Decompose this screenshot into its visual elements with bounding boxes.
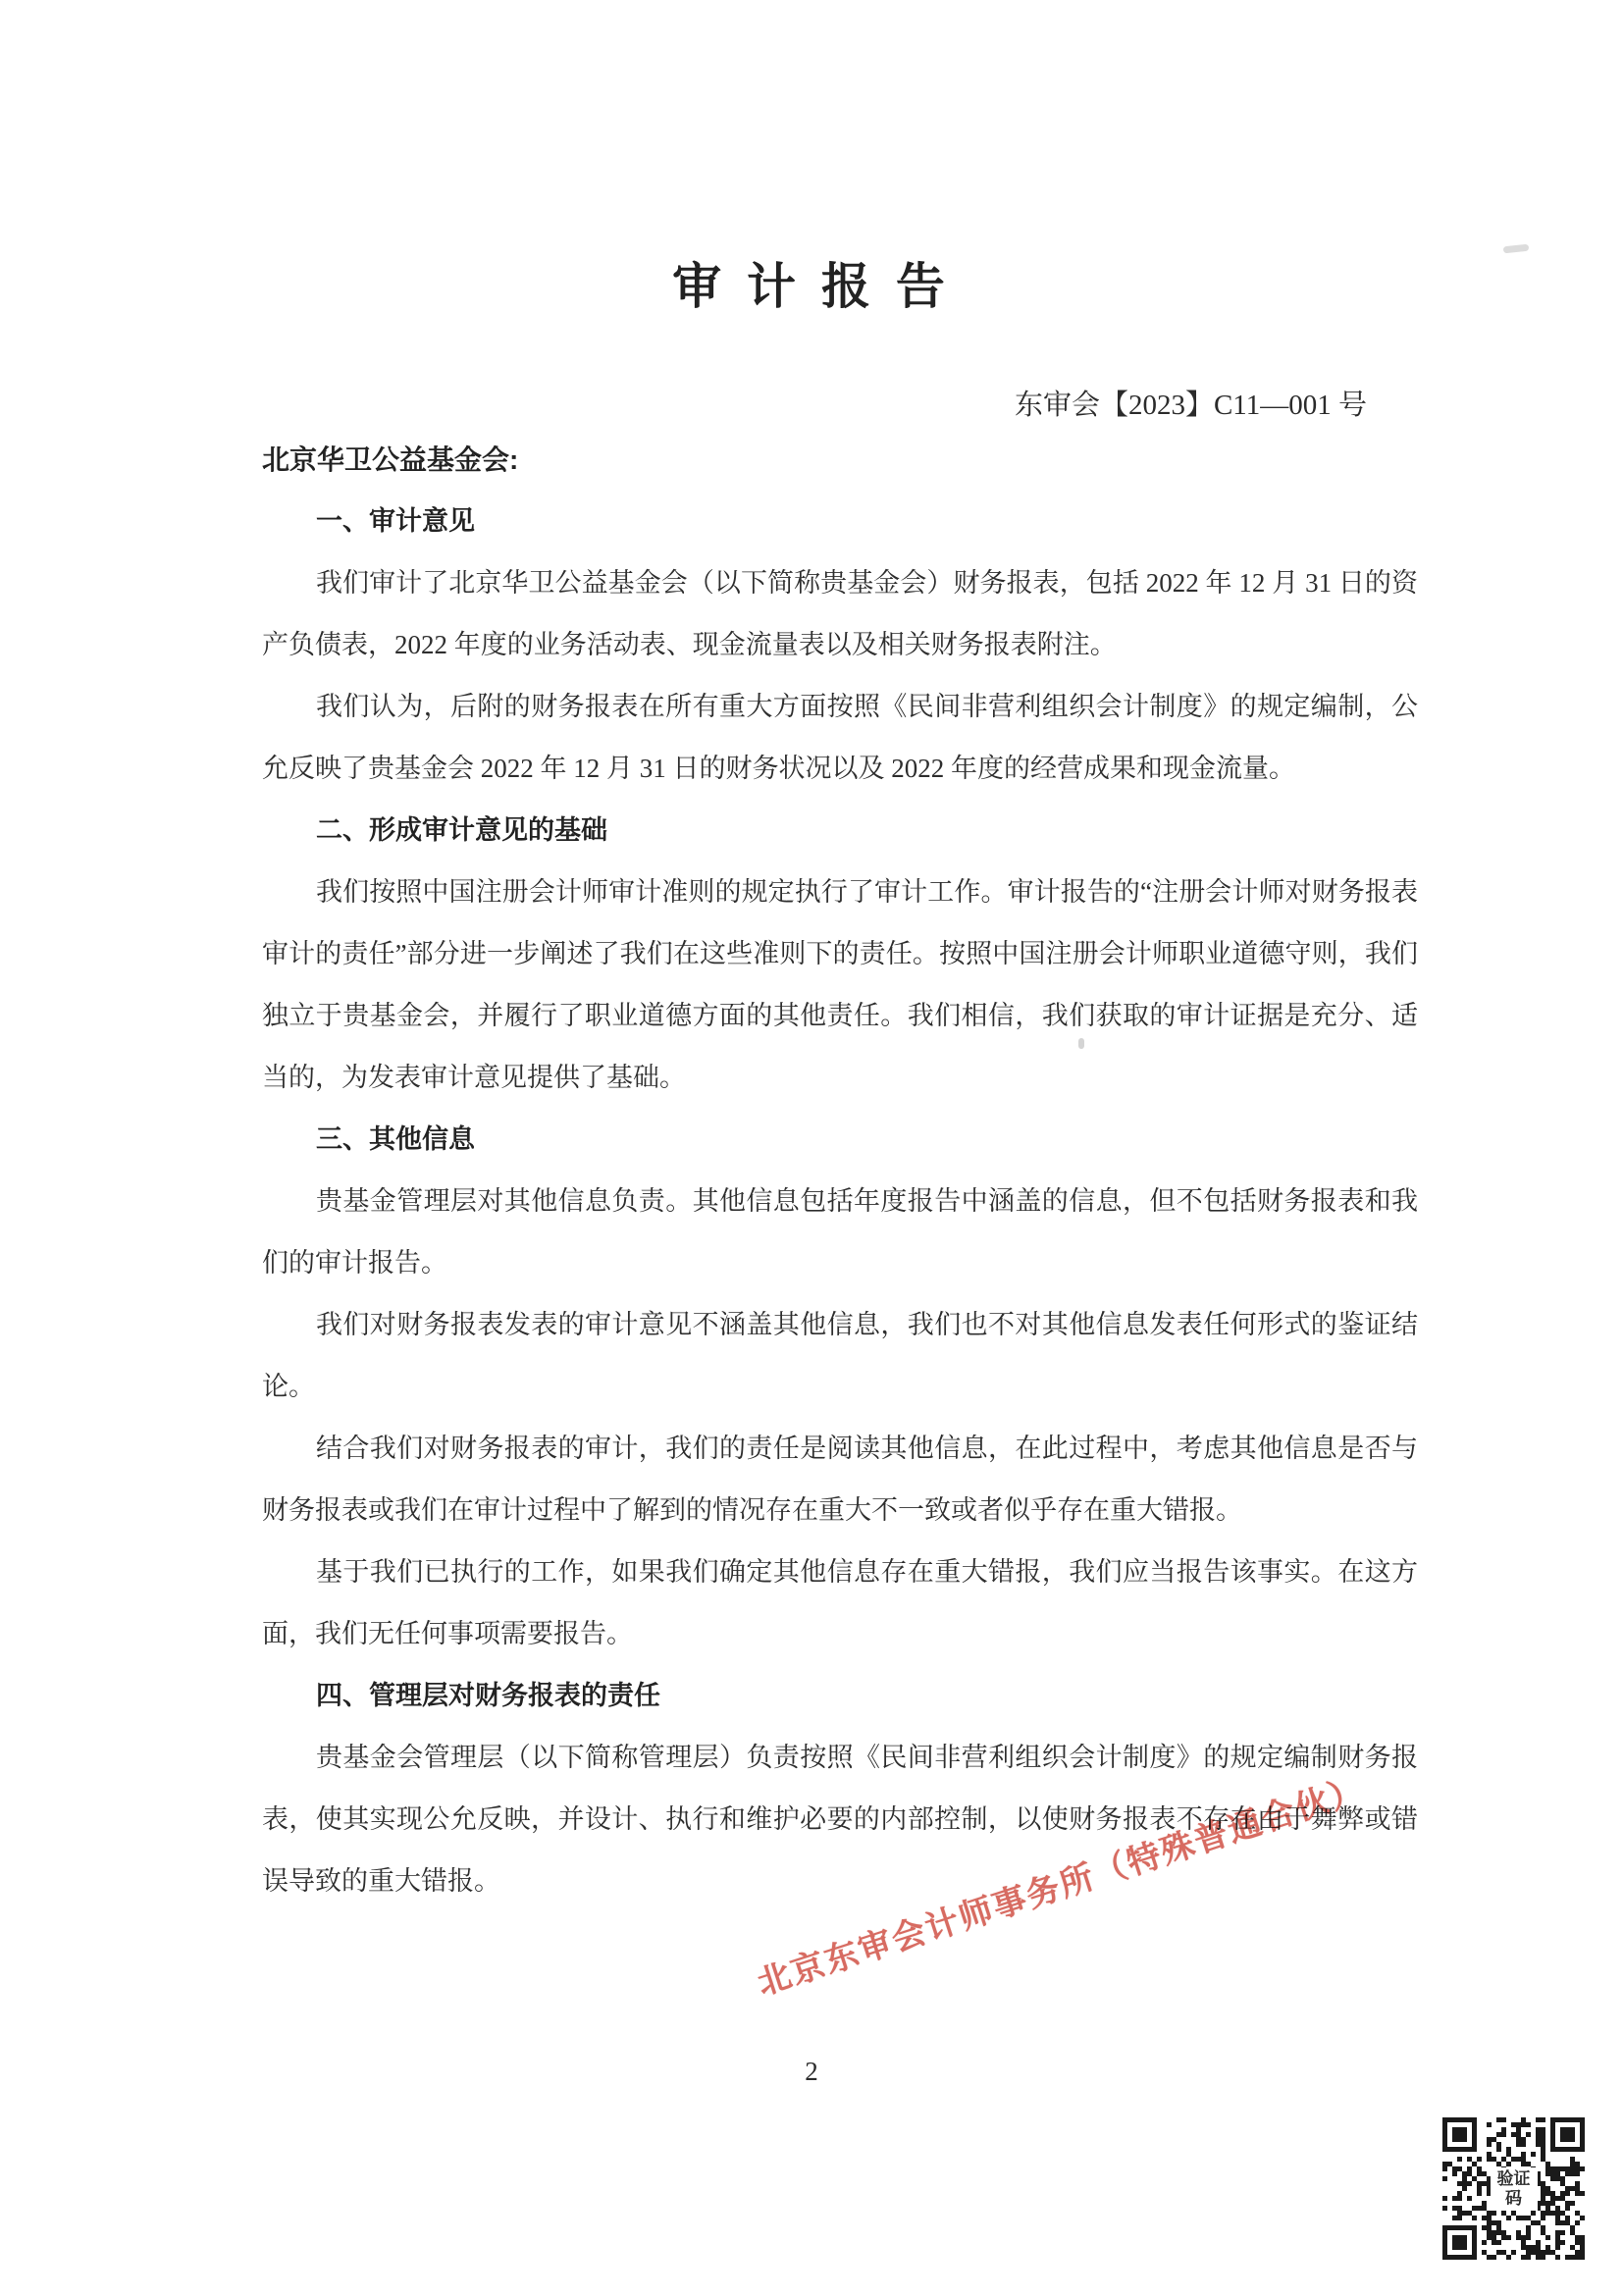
body-paragraph: 结合我们对财务报表的审计，我们的责任是阅读其他信息，在此过程中，考虑其他信息是否… xyxy=(262,1418,1418,1541)
section-heading-3: 三、其他信息 xyxy=(262,1109,1418,1171)
body-paragraph: 贵基金管理层对其他信息负责。其他信息包括年度报告中涵盖的信息，但不包括财务报表和… xyxy=(262,1171,1418,1294)
body-paragraph: 基于我们已执行的工作，如果我们确定其他信息存在重大错报，我们应当报告该事实。在这… xyxy=(262,1541,1418,1665)
body-paragraph: 我们按照中国注册会计师审计准则的规定执行了审计工作。审计报告的“注册会计师对财务… xyxy=(262,861,1418,1109)
body-paragraph: 我们审计了北京华卫公益基金会（以下简称贵基金会）财务报表，包括 2022 年 1… xyxy=(262,552,1418,676)
body-paragraph: 我们认为，后附的财务报表在所有重大方面按照《民间非营利组织会计制度》的规定编制，… xyxy=(262,676,1418,800)
page-title: 审 计 报 告 xyxy=(0,247,1623,318)
section-heading-4: 四、管理层对财务报表的责任 xyxy=(262,1665,1418,1727)
addressee: 北京华卫公益基金会: xyxy=(262,429,1418,491)
scan-artifact xyxy=(1078,1038,1084,1049)
document-body: 北京华卫公益基金会: 一、审计意见 我们审计了北京华卫公益基金会（以下简称贵基金… xyxy=(262,429,1418,1912)
body-paragraph: 我们对财务报表发表的审计意见不涵盖其他信息，我们也不对其他信息发表任何形式的鉴证… xyxy=(262,1294,1418,1418)
reference-number: 东审会【2023】C11—001 号 xyxy=(262,383,1418,423)
qr-verification-label: 验证码 xyxy=(1491,2167,1538,2211)
page-number: 2 xyxy=(0,2057,1623,2087)
document-page: 审 计 报 告 东审会【2023】C11—001 号 北京华卫公益基金会: 一、… xyxy=(0,0,1623,2296)
qr-code: 验证码 xyxy=(1442,2117,1585,2260)
section-heading-2: 二、形成审计意见的基础 xyxy=(262,800,1418,861)
section-heading-1: 一、审计意见 xyxy=(262,491,1418,552)
